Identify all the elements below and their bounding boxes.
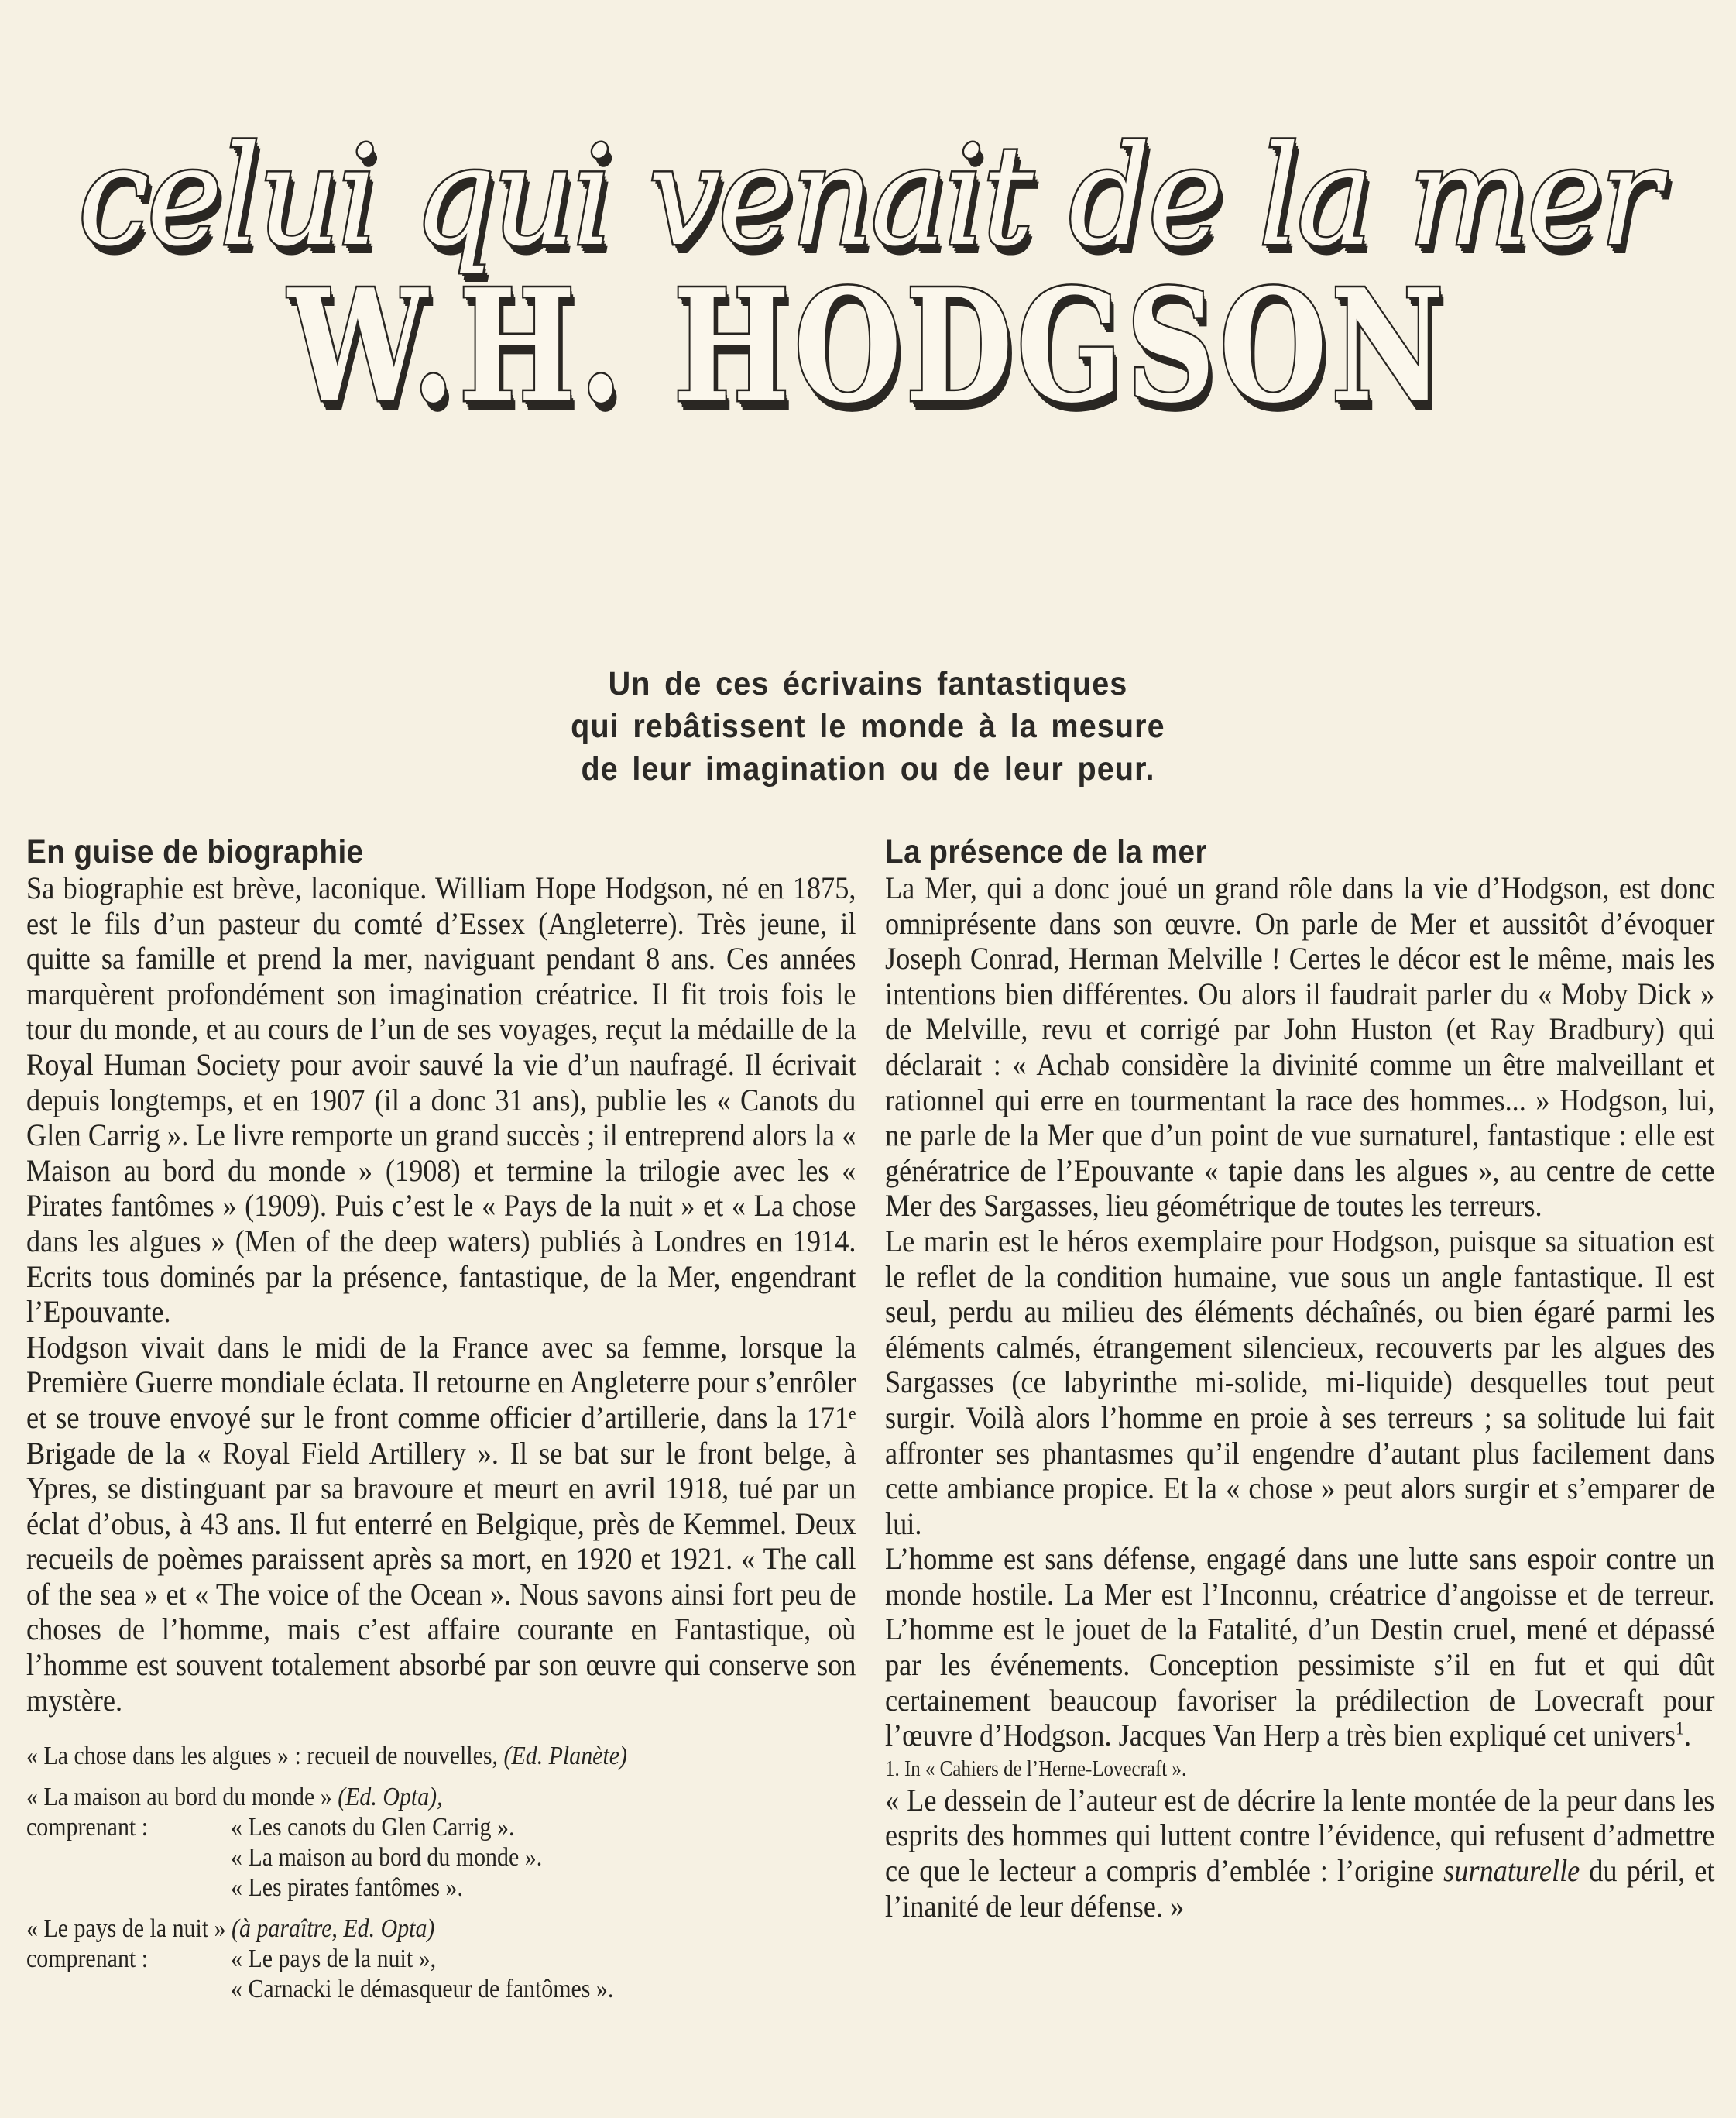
- section-heading-sea: La présence de la mer: [885, 833, 1632, 870]
- right-column: La présence de la mer La Mer, qui a donc…: [885, 833, 1715, 1924]
- left-column: En guise de biographie Sa biographie est…: [26, 833, 856, 2015]
- title-line-tagline: celui qui venait de la mer: [60, 116, 1675, 276]
- deck-line: Un de ces écrivains fantastiques: [70, 663, 1667, 705]
- bibliography-entry: « Le pays de la nuit » (à paraître, Ed. …: [26, 1914, 844, 2004]
- body-paragraph: Sa biographie est brève, laconique. Will…: [26, 870, 856, 1330]
- section-heading-biography: En guise de biographie: [26, 833, 774, 870]
- body-paragraph: La Mer, qui a donc joué un grand rôle da…: [885, 870, 1714, 1224]
- deck-line: de leur imagination ou de leur peur.: [70, 748, 1667, 791]
- contents-item: « La maison au bord du monde ».: [26, 1842, 844, 1873]
- publisher: (Ed. Opta),: [338, 1783, 442, 1811]
- body-paragraph: Le marin est le héros exemplaire pour Ho…: [885, 1224, 1714, 1541]
- bibliography-entry: « La maison au bord du monde » (Ed. Opta…: [26, 1782, 844, 1903]
- bibliography: « La chose dans les algues » : recueil d…: [26, 1741, 856, 2004]
- quote-paragraph: « Le dessein de l’auteur est de décrire …: [885, 1783, 1714, 1924]
- quotation: « Le dessein de l’auteur est de décrire …: [885, 1783, 1715, 1924]
- body-paragraph: L’homme est sans défense, engagé dans un…: [885, 1541, 1714, 1753]
- contents-item: « Le pays de la nuit »,: [231, 1944, 436, 1974]
- contents-item: « Carnacki le démasqueur de fantômes ».: [26, 1974, 844, 2004]
- footnote-text: 1. In « Cahiers de l’Herne-Lovecraft ».: [885, 1755, 1684, 1783]
- contents-item: « Les pirates fantômes ».: [26, 1873, 844, 1903]
- sea-body: La Mer, qui a donc joué un grand rôle da…: [885, 870, 1715, 1753]
- book-title: « La maison au bord du monde »: [26, 1783, 338, 1811]
- footnote-reference: 1: [1676, 1719, 1684, 1739]
- body-paragraph: Hodgson vivait dans le midi de la France…: [26, 1330, 856, 1718]
- deck-line: qui rebâtissent le monde à la mesure: [70, 705, 1667, 748]
- contents-label: comprenant :: [26, 1944, 231, 1974]
- paragraph-text: L’homme est sans défense, engagé dans un…: [885, 1541, 1714, 1752]
- title-line-author: W.H. HODGSON: [173, 256, 1563, 438]
- footnote: 1. In « Cahiers de l’Herne-Lovecraft ».: [885, 1755, 1715, 1783]
- article-deck: Un de ces écrivains fantastiques qui reb…: [0, 663, 1736, 791]
- quote-emphasis: surnaturelle: [1443, 1853, 1580, 1888]
- publisher: (à paraître, Ed. Opta): [232, 1914, 434, 1943]
- contents-label: comprenant :: [26, 1812, 231, 1842]
- bibliography-entry: « La chose dans les algues » : recueil d…: [26, 1741, 844, 1771]
- biography-body: Sa biographie est brève, laconique. Will…: [26, 870, 856, 1718]
- publisher: (Ed. Planète): [503, 1742, 627, 1770]
- contents-item: « Les canots du Glen Carrig ».: [231, 1812, 514, 1842]
- book-title: « La chose dans les algues » : recueil d…: [26, 1742, 503, 1770]
- book-title: « Le pays de la nuit »: [26, 1914, 232, 1943]
- paragraph-end: .: [1684, 1718, 1691, 1752]
